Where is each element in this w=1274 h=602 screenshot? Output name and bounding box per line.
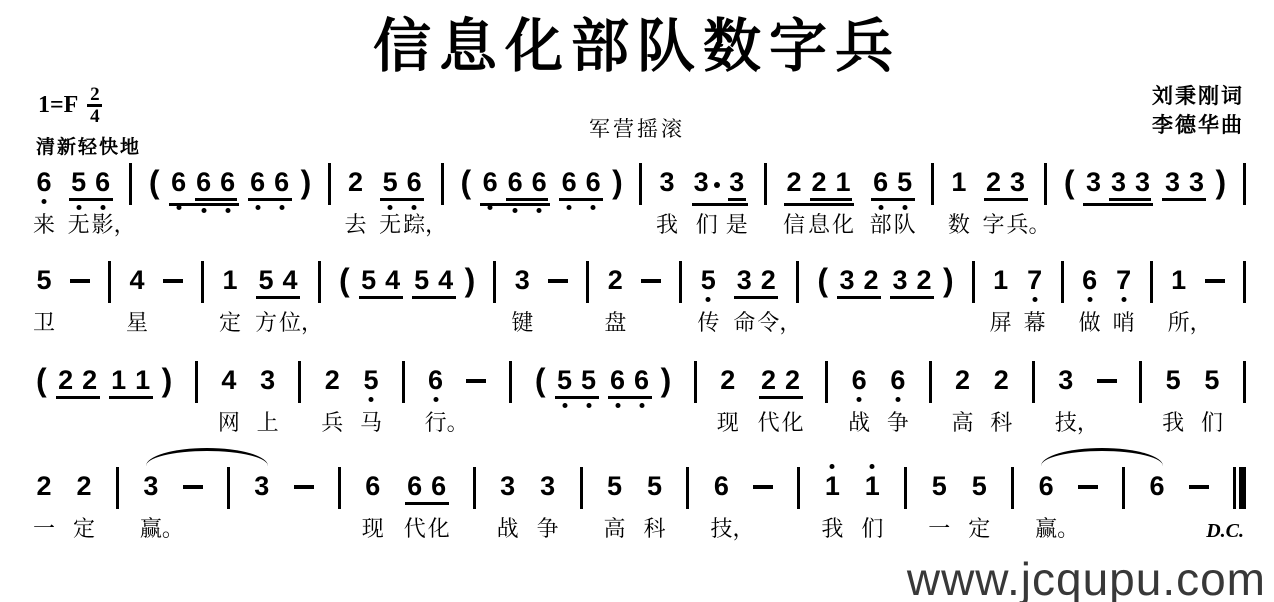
beam-group: 666 [480, 168, 550, 206]
paren-group: (5566) [535, 366, 671, 399]
note: 3 [736, 266, 752, 294]
note: 2 [993, 366, 1009, 394]
close-paren-glyph: ) [465, 266, 476, 295]
note: 3 [1085, 168, 1101, 196]
lyric-syllable: 幕 [1024, 310, 1046, 336]
barline [227, 467, 230, 509]
barline [1243, 163, 1246, 205]
lyric-syllable: 所， [1168, 310, 1212, 336]
barline [904, 467, 907, 509]
watermark: www.jcqupu.com [907, 552, 1266, 602]
lyric-syllable: 我 [821, 516, 843, 542]
low-octave-dot [1032, 297, 1037, 302]
note: 4 [221, 366, 237, 394]
barline [1150, 261, 1153, 303]
duration-dash [163, 279, 183, 283]
barline [116, 467, 119, 509]
lyric-syllable: 屏 [990, 310, 1012, 336]
lyric-syllable: 现 [717, 410, 739, 436]
note: 3 [143, 472, 159, 500]
lyric-syllable: 队 [894, 212, 916, 238]
note: 6 [1082, 266, 1098, 294]
note: 6 [585, 168, 601, 196]
note: 3 [839, 266, 855, 294]
low-octave-dot [255, 205, 260, 210]
music-line-3: (2211)43256(5566)2226622355 网上兵马行。现代化战争高… [36, 366, 1246, 461]
note: 5 [700, 266, 716, 294]
barline [796, 261, 799, 303]
beam-group: 333 [1083, 168, 1153, 206]
high-octave-dot [830, 464, 835, 469]
note: 3 [1134, 168, 1150, 196]
note: 5 [897, 168, 913, 196]
lyric-syllable: 方 [255, 310, 277, 336]
lyric-syllable: 位， [279, 310, 323, 336]
barline [764, 163, 767, 205]
note: 3 [1110, 168, 1126, 196]
note: 6 [482, 168, 498, 196]
sheet-music-page: 信息化部队数字兵 1=F 2 4 清新轻快地 军营摇滚 刘秉刚词 李德华曲 65… [0, 0, 1274, 602]
barline [1011, 467, 1014, 509]
lyric-syllable: 哨 [1113, 310, 1135, 336]
paren-group: (3232) [817, 266, 953, 299]
low-octave-dot [42, 199, 47, 204]
low-octave-dot [895, 397, 900, 402]
lyric-syllable: 定 [73, 516, 95, 542]
lyrics-row-3: 网上兵马行。现代化战争高科技，我们 [36, 410, 1246, 440]
low-octave-dot [279, 205, 284, 210]
barline [972, 261, 975, 303]
barline [1122, 467, 1125, 509]
note: 6 [95, 168, 111, 196]
beam-group: 3 [728, 168, 746, 201]
note: 6 [873, 168, 889, 196]
note: 3 [1058, 366, 1074, 394]
beam-group: 66 [559, 168, 603, 201]
beam-group: 66 [195, 168, 237, 201]
song-title: 信息化部队数字兵 [0, 16, 1274, 78]
note: 6 [407, 472, 423, 500]
barline [441, 163, 444, 205]
close-paren-glyph: ) [301, 168, 312, 197]
note: 6 [406, 168, 422, 196]
beam-group: 54 [359, 266, 403, 299]
beam-group: 23 [984, 168, 1028, 201]
lyric-syllable: 盘 [604, 310, 626, 336]
barline [586, 261, 589, 303]
open-paren-glyph: ( [535, 366, 546, 395]
note: 5 [931, 472, 947, 500]
low-octave-dot [706, 297, 711, 302]
note: 6 [1149, 472, 1165, 500]
note: 6 [561, 168, 577, 196]
note: 2 [36, 472, 52, 500]
beam-group: 666 [169, 168, 239, 206]
beam-group: 221 [784, 168, 854, 206]
beam-group: 22 [56, 366, 100, 399]
lyric-syllable: 赢。 [1035, 516, 1079, 542]
note: 2 [954, 366, 970, 394]
barline [201, 261, 204, 303]
note: 3 [514, 266, 530, 294]
note: 2 [916, 266, 932, 294]
lyric-syllable: 高 [604, 516, 626, 542]
low-octave-dot [488, 205, 493, 210]
lyric-syllable: 战 [497, 516, 519, 542]
barline [318, 261, 321, 303]
lyric-syllable: 兵。 [1007, 212, 1051, 238]
lyric-syllable: 是 [726, 212, 748, 238]
lyric-syllable: 我 [1162, 410, 1184, 436]
note: 6 [531, 168, 547, 196]
low-octave-dot [76, 205, 81, 210]
note: 5 [36, 266, 52, 294]
lyric-syllable: 无 [68, 212, 90, 238]
note: 6 [634, 366, 650, 394]
note: 5 [361, 266, 377, 294]
final-barline [1233, 467, 1246, 509]
open-paren-glyph: ( [460, 168, 471, 197]
low-octave-dot [591, 205, 596, 210]
low-octave-dot [369, 397, 374, 402]
barline [509, 361, 512, 403]
note: 5 [363, 366, 379, 394]
lyric-syllable: 现 [362, 516, 384, 542]
music-line-2: 54154(5454)32532(3232)17671 卫星定方位，键盘传命令，… [36, 266, 1246, 361]
note: 1 [135, 366, 151, 394]
note: 5 [1165, 366, 1181, 394]
barline [473, 467, 476, 509]
dc-mark: D.C. [1206, 520, 1244, 543]
lyric-syllable: 上 [257, 410, 279, 436]
lyric-syllable: 网 [218, 410, 240, 436]
note: 6 [250, 168, 266, 196]
lyric-syllable: 部 [870, 212, 892, 238]
note: 2 [811, 168, 827, 196]
beam-group: 33 [1162, 168, 1206, 201]
note: 2 [720, 366, 736, 394]
note: 6 [610, 366, 626, 394]
note: 3 [500, 472, 516, 500]
note: 1 [222, 266, 238, 294]
paren-group: (33333) [1064, 168, 1226, 206]
lyric-syllable: 定 [968, 516, 990, 542]
low-octave-dot [902, 205, 907, 210]
note: 3 [892, 266, 908, 294]
close-paren-glyph: ) [162, 366, 173, 395]
note: 5 [647, 472, 663, 500]
note: 1 [111, 366, 127, 394]
music-line-1: 656(66666)256(66666)33322165123(33333) 来… [36, 168, 1246, 263]
note: 6 [713, 472, 729, 500]
note: 2 [760, 266, 776, 294]
beam-group: 32 [837, 266, 881, 299]
lyric-syllable: 卫 [33, 310, 55, 336]
beam-group: 56 [69, 168, 113, 201]
duration-dash [1097, 379, 1117, 383]
note: 6 [890, 366, 906, 394]
lyric-syllable: 无 [379, 212, 401, 238]
low-octave-dot [388, 205, 393, 210]
note: 2 [863, 266, 879, 294]
beam-group: 66 [608, 366, 652, 399]
note: 2 [348, 168, 364, 196]
note: 6 [851, 366, 867, 394]
note: 6 [1038, 472, 1054, 500]
note: 3 [260, 366, 276, 394]
lyric-syllable: 兵 [321, 410, 343, 436]
barline [328, 163, 331, 205]
note: 5 [1204, 366, 1220, 394]
duration-dash [641, 279, 661, 283]
lyric-syllable: 争 [537, 516, 559, 542]
duration-dash [183, 485, 203, 489]
barline [694, 361, 697, 403]
notes-row-2: 54154(5454)32532(3232)17671 [36, 266, 1246, 303]
beam-group: 56 [380, 168, 424, 201]
note: 3 [1010, 168, 1026, 196]
augmentation-dot [714, 182, 720, 188]
lyric-syllable: 令， [757, 310, 801, 336]
lyric-syllable: 数 [948, 212, 970, 238]
note: 5 [258, 266, 274, 294]
beam-group: 54 [256, 266, 300, 299]
lyric-syllable: 去 [345, 212, 367, 238]
lyric-syllable: 们 [696, 212, 718, 238]
note: 3 [254, 472, 270, 500]
note: 5 [414, 266, 430, 294]
song-subtitle: 军营摇滚 [0, 113, 1274, 143]
note: 3 [1188, 168, 1204, 196]
lyric-syllable: 做 [1079, 310, 1101, 336]
lyric-syllable: 们 [861, 516, 883, 542]
time-numerator: 2 [90, 86, 100, 103]
note: 3 [540, 472, 556, 500]
beam-group: 32 [734, 266, 778, 299]
barline [402, 361, 405, 403]
barline [797, 467, 800, 509]
lyric-syllable: 代 [758, 410, 780, 436]
lyric-syllable: 技， [1055, 410, 1099, 436]
note: 5 [581, 366, 597, 394]
duration-dash [548, 279, 568, 283]
paren-group: (2211) [36, 366, 172, 399]
note: 2 [76, 472, 92, 500]
close-paren-glyph: ) [943, 266, 954, 295]
beam-group: 32 [890, 266, 934, 299]
note: 2 [58, 366, 74, 394]
duration-dash [466, 379, 486, 383]
lyric-syllable: 化 [428, 516, 450, 542]
paren-group: (66666) [149, 168, 311, 206]
beam-group: 55 [555, 366, 599, 399]
note: 3 [694, 168, 720, 196]
notes-row-3: (2211)43256(5566)2226622355 [36, 366, 1246, 403]
note: 1 [951, 168, 967, 196]
lyric-syllable: 影， [92, 212, 136, 238]
lyric-syllable: 我 [656, 212, 678, 238]
lyric-syllable: 一 [33, 516, 55, 542]
duration-dash [1078, 485, 1098, 489]
beam-group: 66 [248, 168, 292, 201]
composer: 李德华曲 [1152, 111, 1244, 140]
duration-dash [753, 485, 773, 489]
credits: 刘秉刚词 李德华曲 [1152, 82, 1244, 140]
note: 6 [36, 168, 52, 196]
low-octave-dot [586, 403, 591, 408]
barline [639, 163, 642, 205]
lyric-syllable: 星 [126, 310, 148, 336]
note: 6 [171, 168, 187, 196]
lyric-syllable: 传 [697, 310, 719, 336]
beam-group: 11 [109, 366, 153, 399]
open-paren-glyph: ( [817, 266, 828, 295]
note: 5 [557, 366, 573, 394]
lyric-syllable: 战 [848, 410, 870, 436]
lyric-syllable: 科 [644, 516, 666, 542]
note: 5 [607, 472, 623, 500]
lyrics-row-1: 来无影，去无踪，我们是信息化部队数字兵。 [36, 212, 1246, 242]
low-octave-dot [1087, 297, 1092, 302]
lyric-syllable: 踪， [403, 212, 447, 238]
notes-row-4: 223366633556115566 [36, 472, 1246, 509]
beam-group: 54 [412, 266, 456, 299]
lyric-syllable: 代 [404, 516, 426, 542]
note: 4 [385, 266, 401, 294]
barline [686, 467, 689, 509]
lyric-syllable: 信 [783, 212, 805, 238]
barline [1044, 163, 1047, 205]
low-octave-dot [100, 205, 105, 210]
barline [1243, 361, 1246, 403]
lyric-syllable: 争 [887, 410, 909, 436]
note: 3 [1164, 168, 1180, 196]
note: 6 [274, 168, 290, 196]
barline [580, 467, 583, 509]
note: 2 [785, 366, 801, 394]
note: 1 [864, 472, 880, 500]
barline [929, 361, 932, 403]
barline [493, 261, 496, 303]
barline [298, 361, 301, 403]
lyric-syllable: 一 [928, 516, 950, 542]
note: 4 [438, 266, 454, 294]
note: 2 [986, 168, 1002, 196]
barline [1061, 261, 1064, 303]
duration-dash [1189, 485, 1209, 489]
lyric-syllable: 高 [951, 410, 973, 436]
lyric-syllable: 命 [733, 310, 755, 336]
note: 7 [1116, 266, 1132, 294]
barline [338, 467, 341, 509]
beam-group: 22 [759, 366, 803, 399]
open-paren-glyph: ( [149, 168, 160, 197]
lyric-syllable: 定 [219, 310, 241, 336]
note: 6 [431, 472, 447, 500]
beam-group: 65 [871, 168, 915, 201]
note: 2 [761, 366, 777, 394]
note: 4 [129, 266, 145, 294]
note: 2 [607, 266, 623, 294]
note: 1 [835, 168, 851, 196]
note: 1 [993, 266, 1009, 294]
beam-group: 33 [1109, 168, 1151, 201]
lyric-syllable: 马 [360, 410, 382, 436]
low-octave-dot [1121, 297, 1126, 302]
note: 5 [382, 168, 398, 196]
lyric-syllable: 来 [33, 212, 55, 238]
barline [931, 163, 934, 205]
lyric-syllable: 息 [808, 212, 830, 238]
close-paren-glyph: ) [1215, 168, 1226, 197]
open-paren-glyph: ( [36, 366, 47, 395]
duration-dash [1205, 279, 1225, 283]
note: 4 [282, 266, 298, 294]
lyric-syllable: 化 [782, 410, 804, 436]
lyric-syllable: 键 [511, 310, 533, 336]
note: 2 [786, 168, 802, 196]
note: 6 [507, 168, 523, 196]
duration-dash [294, 485, 314, 489]
close-paren-glyph: ) [661, 366, 672, 395]
note: 2 [324, 366, 340, 394]
lyrics-row-4: 一定赢。现代化战争高科技，我们一定赢。 [36, 516, 1246, 546]
beam-group: 66 [506, 168, 548, 201]
note: 7 [1027, 266, 1043, 294]
beam-group: 21 [810, 168, 852, 201]
note: 5 [971, 472, 987, 500]
lyric-syllable: 们 [1201, 410, 1223, 436]
lyricist: 刘秉刚词 [1152, 82, 1244, 111]
open-paren-glyph: ( [1064, 168, 1075, 197]
final-bar-thin [1233, 467, 1236, 509]
note: 6 [365, 472, 381, 500]
barline [1032, 361, 1035, 403]
lyric-syllable: 科 [990, 410, 1012, 436]
note: 3 [659, 168, 675, 196]
notes-row-1: 656(66666)256(66666)33322165123(33333) [36, 168, 1246, 206]
final-bar-thick [1239, 467, 1246, 509]
low-octave-dot [562, 403, 567, 408]
lyric-syllable: 赢。 [140, 516, 184, 542]
low-octave-dot [615, 403, 620, 408]
lyrics-row-2: 卫星定方位，键盘传命令，屏幕做哨所， [36, 310, 1246, 340]
low-octave-dot [433, 397, 438, 402]
barline [679, 261, 682, 303]
note: 6 [428, 366, 444, 394]
beam-group: 33 [692, 168, 748, 206]
lyric-syllable: 字 [983, 212, 1005, 238]
barline [1243, 261, 1246, 303]
low-octave-dot [639, 403, 644, 408]
open-paren-glyph: ( [339, 266, 350, 295]
barline [129, 163, 132, 205]
note: 6 [196, 168, 212, 196]
barline [825, 361, 828, 403]
note: 6 [220, 168, 236, 196]
lyric-syllable: 行。 [425, 410, 469, 436]
note: 2 [82, 366, 98, 394]
duration-dash [70, 279, 90, 283]
lyric-syllable: 化 [832, 212, 854, 238]
note: 1 [1171, 266, 1187, 294]
low-octave-dot [567, 205, 572, 210]
note: 1 [824, 472, 840, 500]
barline [108, 261, 111, 303]
lyric-syllable: 技， [710, 516, 754, 542]
low-octave-dot [857, 397, 862, 402]
low-octave-dot [412, 205, 417, 210]
